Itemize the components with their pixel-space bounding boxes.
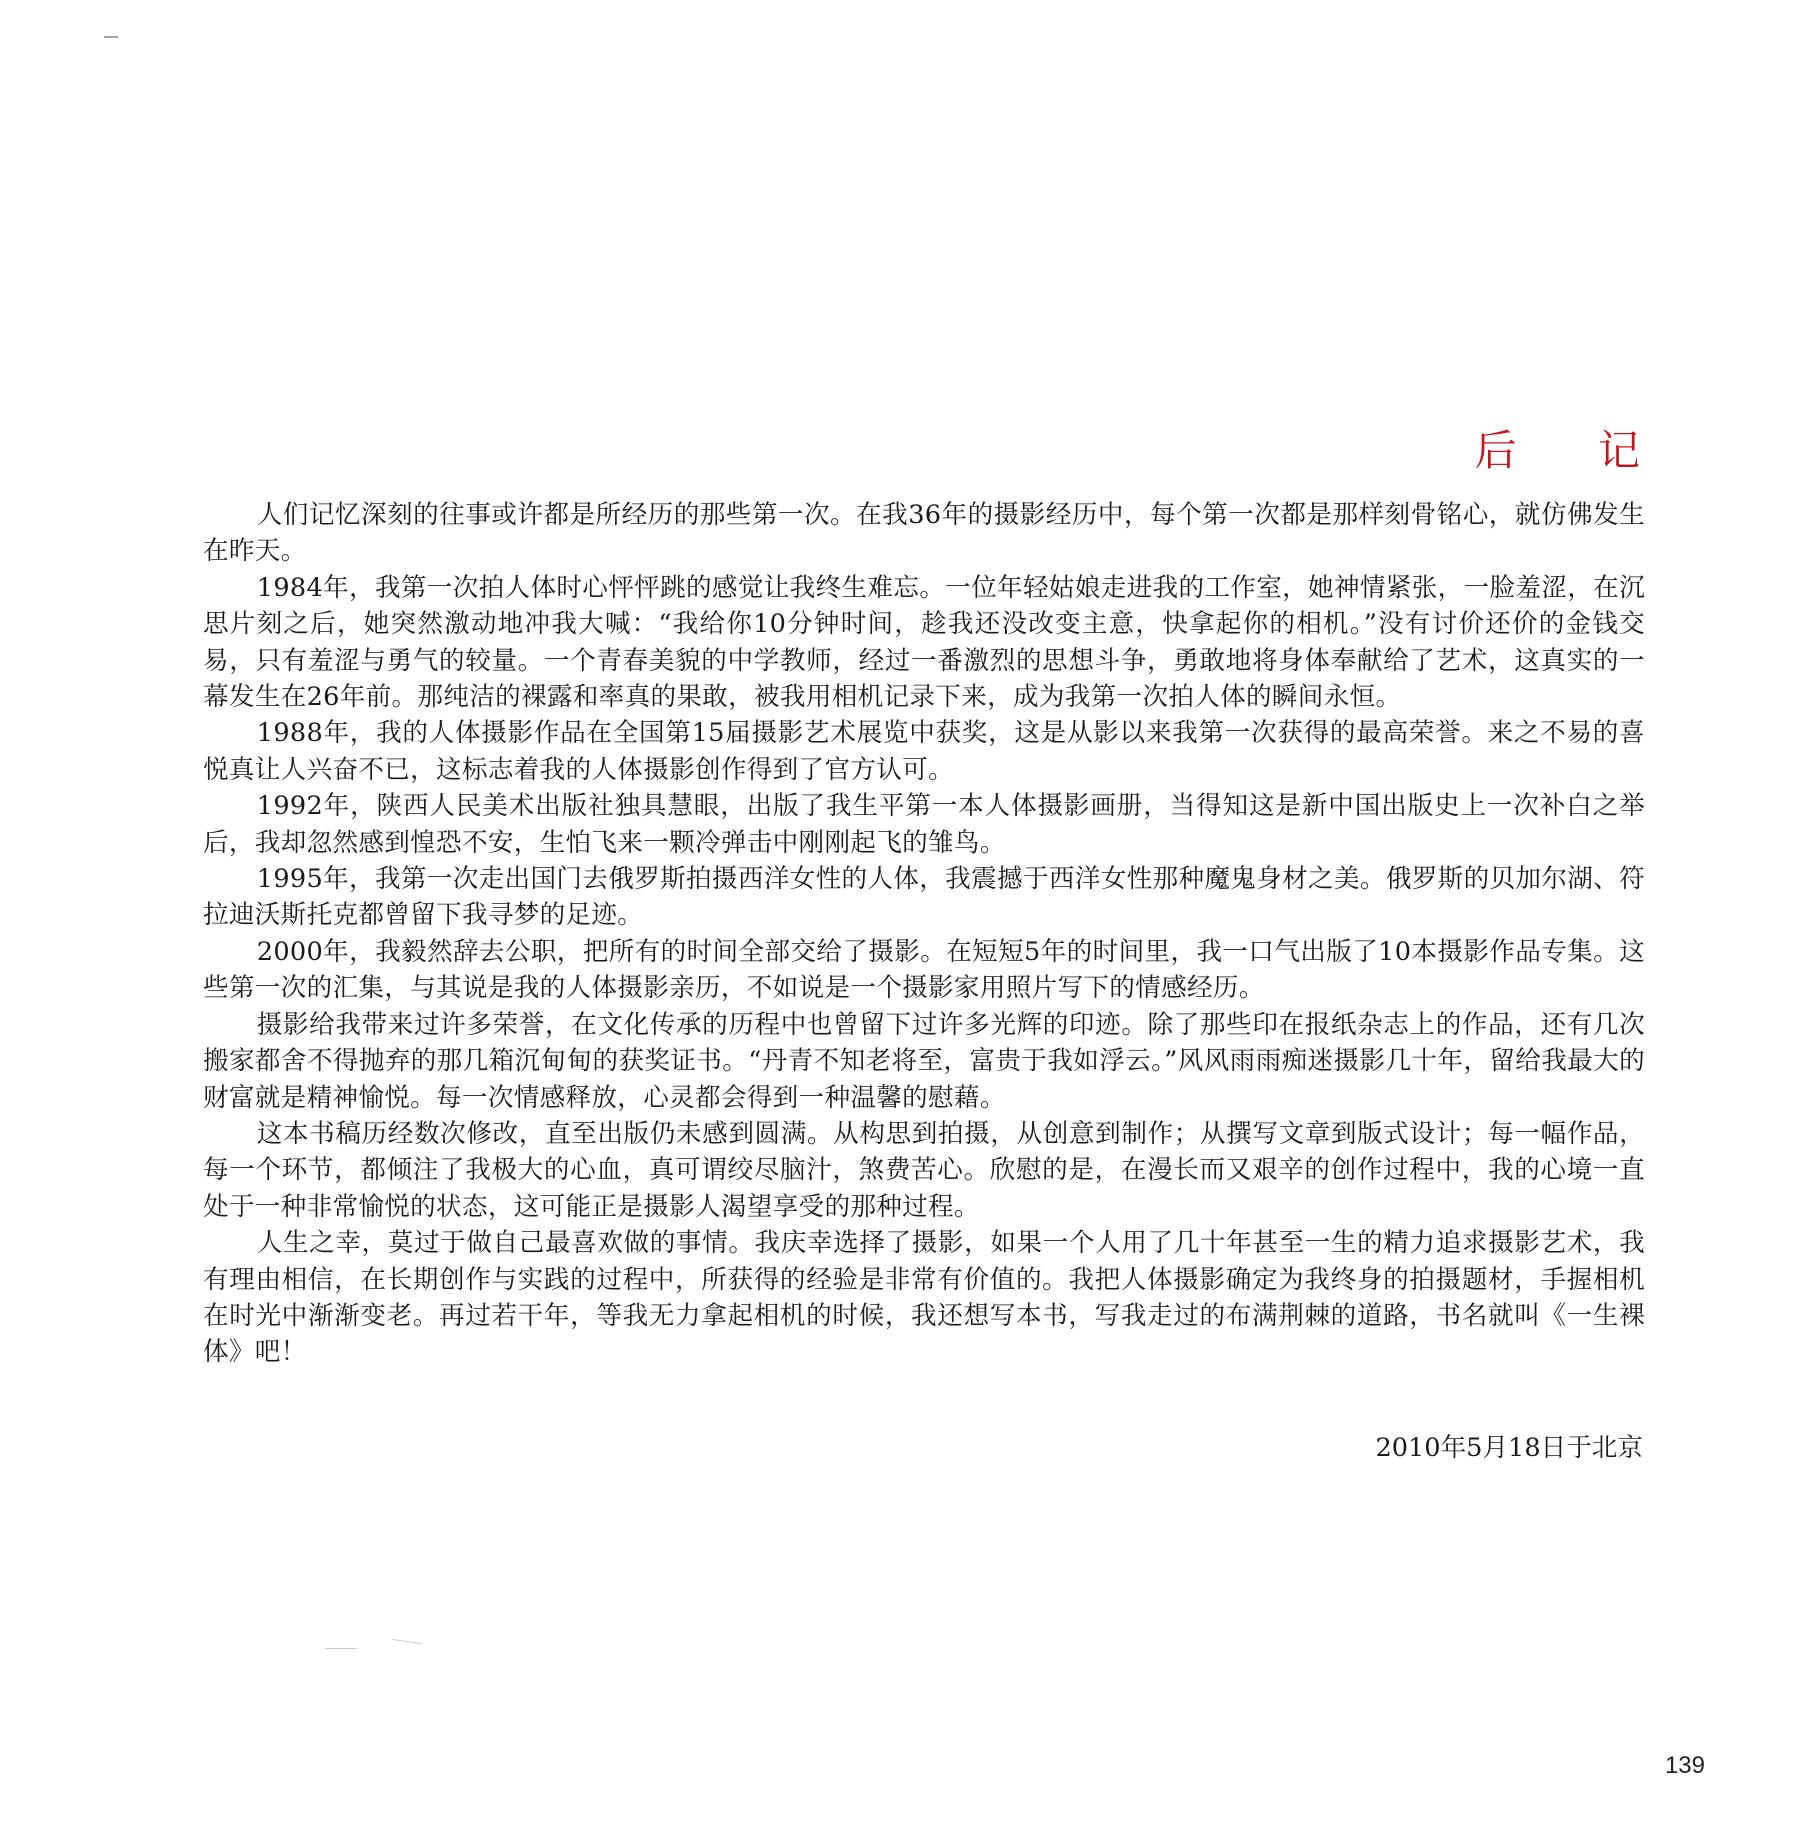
paragraph: 摄影给我带来过许多荣誉，在文化传承的历程中也曾留下过许多光辉的印迹。除了那些印在… [203,1007,1645,1116]
page-number: 139 [1665,1752,1705,1780]
page-title: 后 记 [1475,430,1674,472]
paragraph: 人们记忆深刻的往事或许都是所经历的那些第一次。在我36年的摄影经历中，每个第一次… [203,497,1645,570]
afterword-body: 人们记忆深刻的往事或许都是所经历的那些第一次。在我36年的摄影经历中，每个第一次… [203,497,1645,1371]
paragraph: 人生之幸，莫过于做自己最喜欢做的事情。我庆幸选择了摄影，如果一个人用了几十年甚至… [203,1225,1645,1371]
paragraph: 这本书稿历经数次修改，直至出版仍未感到圆满。从构思到拍摄，从创意到制作；从撰写文… [203,1116,1645,1225]
book-page: 后 记 人们记忆深刻的往事或许都是所经历的那些第一次。在我36年的摄影经历中，每… [0,0,1800,1842]
signature-date: 2010年5月18日于北京 [1375,1430,1643,1466]
scan-artifact-top-left [104,36,118,38]
paragraph: 2000年，我毅然辞去公职，把所有的时间全部交给了摄影。在短短5年的时间里，我一… [203,934,1645,1007]
paragraph: 1988年，我的人体摄影作品在全国第15届摄影艺术展览中获奖，这是从影以来我第一… [203,715,1645,788]
paragraph: 1995年，我第一次走出国门去俄罗斯拍摄西洋女性的人体，我震撼于西洋女性那种魔鬼… [203,861,1645,934]
paragraph: 1984年，我第一次拍人体时心怦怦跳的感觉让我终生难忘。一位年轻姑娘走进我的工作… [203,570,1645,716]
scan-artifact-bottom-2 [392,1639,422,1644]
scan-artifact-bottom [325,1648,357,1649]
paragraph: 1992年，陕西人民美术出版社独具慧眼，出版了我生平第一本人体摄影画册，当得知这… [203,788,1645,861]
